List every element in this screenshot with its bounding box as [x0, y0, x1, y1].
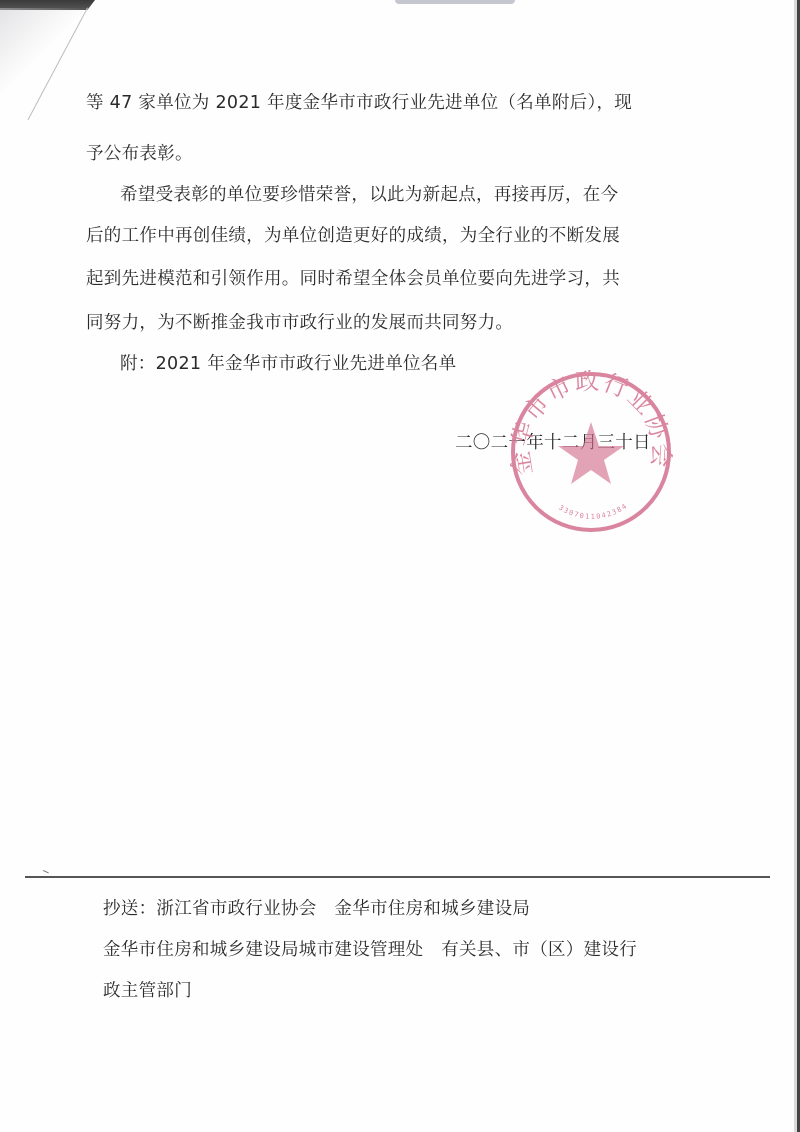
paragraph1-line2: 予公布表彰。 — [86, 143, 193, 165]
paragraph2-line1: 希望受表彰的单位要珍惜荣誉，以此为新起点，再接再厉，在今 — [120, 184, 618, 206]
cc-divider — [25, 876, 770, 878]
paragraph1-line1: 等 47 家单位为 2021 年度金华市市政行业先进单位（名单附后），现 — [86, 92, 632, 114]
cc-line3: 政主管部门 — [103, 980, 192, 1002]
svg-text:3307011042384: 3307011042384 — [557, 502, 629, 521]
scanned-document-page: 等 47 家单位为 2021 年度金华市市政行业先进单位（名单附后），现 予公布… — [0, 0, 800, 1132]
paragraph2-line4: 同努力，为不断推金我市市政行业的发展而共同努力。 — [86, 312, 513, 334]
paragraph2-line3: 起到先进模范和引领作用。同时希望全体会员单位要向先进学习，共 — [86, 268, 620, 290]
official-seal-icon: 金华市市政行业协会 3307011042384 — [505, 370, 675, 535]
cc-line1: 抄送：浙江省市政行业协会 金华市住房和城乡建设局 — [103, 898, 530, 920]
attachment-note: 附：2021 年金华市市政行业先进单位名单 — [120, 353, 456, 375]
scan-smudge — [395, 0, 515, 4]
paragraph2-line2: 后的工作中再创佳绩，为单位创造更好的成绩，为全行业的不断发展 — [86, 225, 620, 247]
cc-line2: 金华市住房和城乡建设局城市建设管理处 有关县、市（区）建设行 — [103, 939, 637, 961]
